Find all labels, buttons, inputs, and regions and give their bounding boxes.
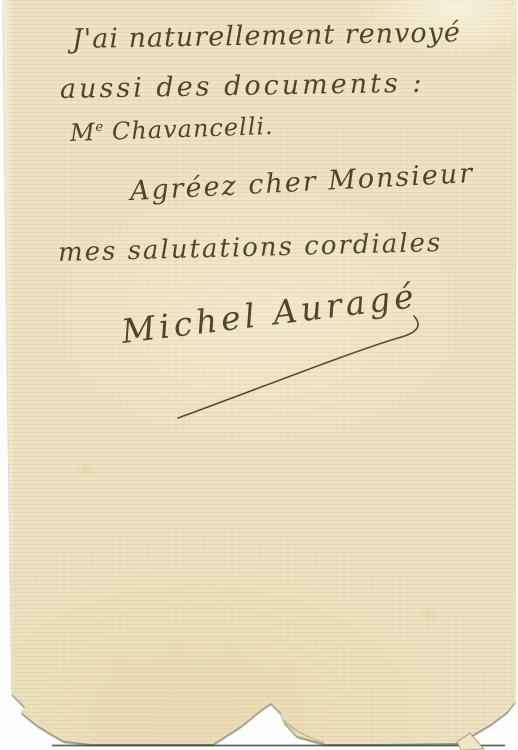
letter-paper: J'ai naturellement renvoyé aussi des doc… [0, 0, 518, 750]
recipient-name: Chavancelli. [103, 112, 274, 146]
letter-line-documents: aussi des documents : [60, 68, 425, 105]
letter-line-closing-1: Agréez cher Monsieur [129, 158, 475, 207]
paper-shadow: J'ai naturellement renvoyé aussi des doc… [0, 0, 518, 750]
signature: Michel Auragé [119, 276, 419, 351]
scanned-letter: J'ai naturellement renvoyé aussi des doc… [0, 0, 518, 750]
letter-line-closing-2: mes salutations cordiales [58, 228, 443, 268]
letter-line-opening: J'ai naturellement renvoyé [72, 17, 461, 55]
honorific-initial: M [70, 118, 97, 147]
letter-line-recipient: Me Chavancelli. [70, 112, 275, 147]
